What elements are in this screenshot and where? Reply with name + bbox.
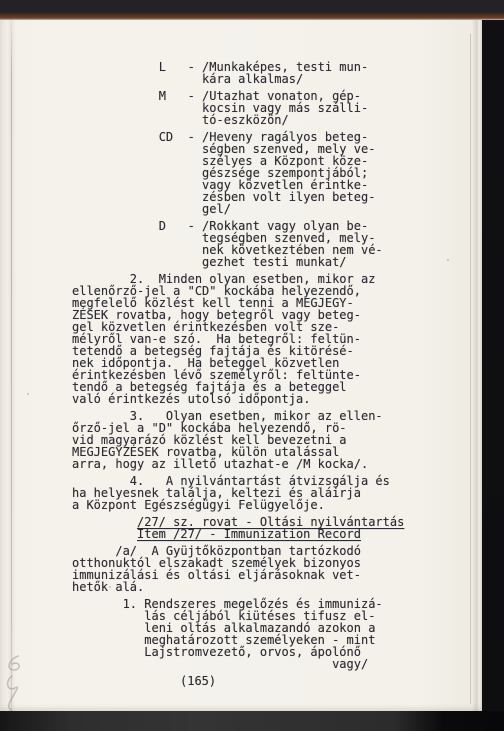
page-right-edge (470, 34, 471, 704)
paper-speck (447, 259, 449, 261)
code-definition-M: M - /Utazhat vonaton, gép- kocsin vagy m… (72, 90, 444, 126)
typewritten-content: L - /Munkaképes, testi mun- kára alkalma… (72, 61, 444, 692)
document-page: L - /Munkaképes, testi mun- kára alkalma… (0, 20, 482, 711)
text-line: tó-eszközön/ (72, 114, 444, 126)
paragraph-2: 2. Minden olyan esetben, mikor azellenőr… (72, 273, 444, 405)
paragraph-3: 3. Olyan esetben, mikor az ellen-őrző-je… (72, 410, 444, 470)
text-line: gezhet testi munkat/ (72, 256, 444, 268)
code-definition-L: L - /Munkaképes, testi mun- kára alkalma… (72, 61, 444, 85)
text-line: hetők alá. (72, 581, 444, 593)
paper-speck (27, 393, 29, 395)
text-line: kára alkalmas/ (72, 73, 444, 85)
scan-background-bottom (0, 711, 504, 731)
page-number: (165) (72, 675, 444, 687)
book-binding-top-edge (0, 11, 504, 20)
list-item-1: 1. Rendszeres megelőzés és immunizá- lás… (72, 598, 444, 670)
page-crease (11, 20, 12, 711)
text-line: arra, hogy az illető utazhat-e /M kocka/… (72, 458, 444, 470)
code-definition-CD: CD - /Heveny ragályos beteg- ségben szen… (72, 131, 444, 215)
code-definition-D: D - /Rokkant vagy olyan be- tegségben sz… (72, 220, 444, 268)
section-heading-english: Item /27/ - Immunization Record (72, 528, 444, 540)
section-heading: /27/ sz. rovat - Oltási nyilvántartás It… (72, 516, 444, 540)
text-line: gel/ (72, 203, 444, 215)
text-line: vagy/ (72, 658, 444, 670)
paragraph-a: /a/ A Gyüjtőközpontban tartózkodóotthonu… (72, 545, 444, 593)
paragraph-4: 4. A nyilvántartást átvizsgálja ésha hel… (72, 475, 444, 511)
text-line: való érintkezés utolsó időpontja. (72, 393, 444, 405)
text-line: a Központ Egészségügyi Felügyelője. (72, 499, 444, 511)
